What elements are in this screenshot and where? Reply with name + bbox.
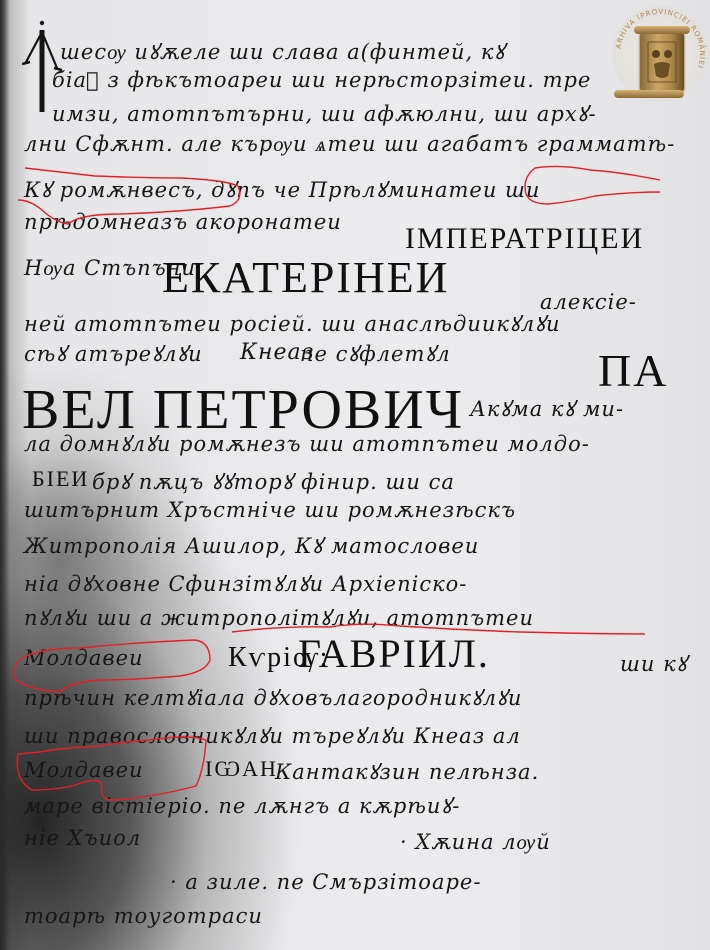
manuscript-line: лни Сфѫнт. але кърѹи ѧтеи ши агабатъ гра… xyxy=(24,132,675,157)
manuscript-page: шесѹ иꙋѫеле ши слава а(финтей, кꙋбіа꙯ з … xyxy=(0,0,710,950)
manuscript-line: ши кꙋ xyxy=(620,650,687,678)
manuscript-capitals: ПА xyxy=(598,344,668,397)
manuscript-capitals: ІМПЕРАТРІЦЕИ xyxy=(405,222,644,256)
manuscript-line: шитърнит Хръстніче ши ромѫнезѣскъ xyxy=(24,498,516,522)
manuscript-line: Молдавеи xyxy=(24,646,144,670)
manuscript-capitals: ВЕЛ ПЕТРОВИЧ xyxy=(22,378,464,442)
manuscript-line: сѣꙋ атъреꙋлꙋи xyxy=(24,340,203,368)
manuscript-line: имзи, атотпътърни, ши афѫюлни, ши архꙋ- xyxy=(52,100,597,128)
manuscript-line: пе сꙋфлетꙋл xyxy=(300,340,451,368)
annotation-outline-2 xyxy=(525,166,660,204)
manuscript-line: пꙋлꙋи ши а житрополітꙋлꙋи, атотпътеи xyxy=(24,604,534,632)
manuscript-line: прѣчин келтꙋіала дꙋховълагородникꙋлꙋи xyxy=(24,684,522,712)
manuscript-line: Житрополія Ашилор, Кꙋ матословеи xyxy=(24,532,479,560)
archive-watermark: ARHIVA IPROVINCIEI ROMÂNIEI xyxy=(612,6,708,102)
scroll-logo-icon xyxy=(640,32,684,92)
manuscript-line: біа꙯ з фѣкътоареи ши нерѣсторзітеи. тре xyxy=(52,68,591,92)
manuscript-line: Акꙋма кꙋ ми- xyxy=(470,395,624,423)
manuscript-capitals: ГАВРІИЛ. xyxy=(298,630,490,677)
manuscript-line: · а зиле. пе Смързітоаре- xyxy=(170,870,481,894)
manuscript-capitals: БІЕИ xyxy=(32,466,89,492)
manuscript-line: тоарѣ тоуготраси xyxy=(24,904,263,928)
manuscript-line: Кꙋ ромѫнвесъ, дꙋпъ че Прѣлꙋминатеи ши xyxy=(24,176,540,204)
manuscript-line: шесѹ иꙋѫеле ши слава а(финтей, кꙋ xyxy=(60,38,505,66)
manuscript-line: ніа дꙋховне Сфинзітꙋлꙋи Архіепіско- xyxy=(24,570,467,598)
manuscript-line: маре вістіеріо. пе лѫнгъ а кѫрѣиꙋ- xyxy=(24,792,460,820)
page-edge-shadow xyxy=(0,0,10,950)
manuscript-line: · Хѫина лѹй xyxy=(400,830,551,855)
manuscript-line: Молдавеи xyxy=(24,758,144,782)
manuscript-capitals: ЕКАТЕРІНЕИ xyxy=(162,252,449,303)
manuscript-line: ней атотпътеи росіей. ши анаслѣдиикꙋлꙋи xyxy=(24,310,561,338)
manuscript-line: Кантакꙋзин пелѣнза. xyxy=(275,758,539,786)
manuscript-capitals: ІѠАН xyxy=(205,756,278,782)
manuscript-line: ши правословникꙋлꙋи търеꙋлꙋи Кнеаз ал xyxy=(24,722,521,750)
manuscript-line: ніе Хъиол xyxy=(24,826,141,850)
manuscript-line: прѣдомнеазъ акоронатеи xyxy=(24,210,342,234)
manuscript-line: брꙋ пѫцъ ꙋꙋторꙋ фінир. ши са xyxy=(92,468,455,496)
